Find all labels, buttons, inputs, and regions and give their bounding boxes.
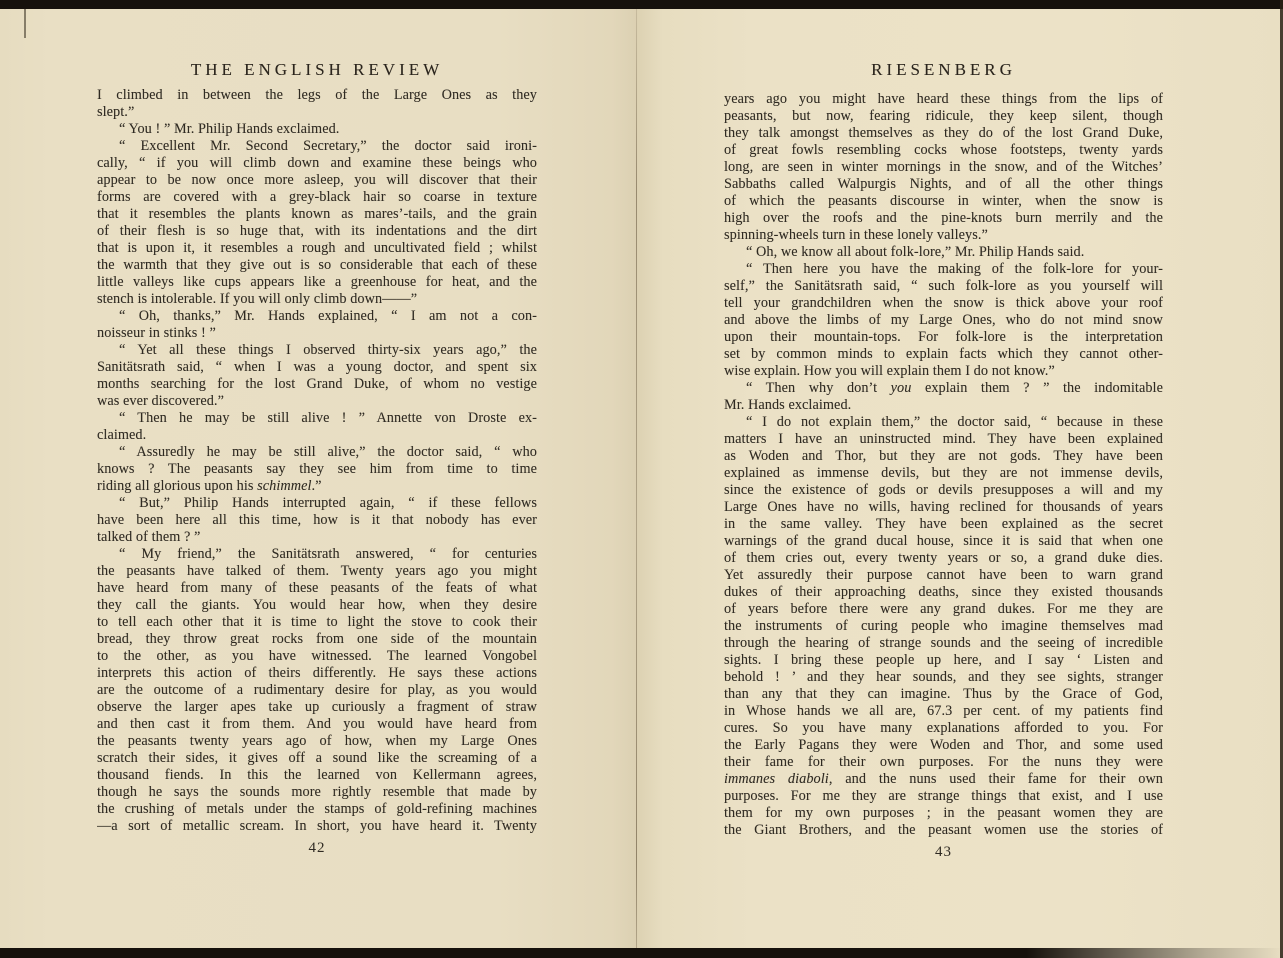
text-line: Large Ones have no wills, having recline… bbox=[724, 499, 1163, 516]
text-span: the Early Pagans they were Woden and Tho… bbox=[724, 737, 1163, 753]
text-span: the crushing of metals under the stamps … bbox=[97, 801, 537, 817]
text-line: of them cries out, every twenty years or… bbox=[724, 550, 1163, 567]
text-span: forms are covered with a grey-black hair… bbox=[97, 189, 537, 205]
text-span: of years before there were any grand duk… bbox=[724, 601, 1163, 617]
text-line: scratch their sides, it gives off a soun… bbox=[97, 750, 537, 767]
text-line: tell your grandchildren when the snow is… bbox=[724, 295, 1163, 312]
text-span: “ Oh, we know all about folk-lore,” Mr. … bbox=[746, 244, 1084, 260]
text-line: “ You ! ” Mr. Philip Hands exclaimed. bbox=[97, 121, 537, 138]
text-line: the instruments of curing people who ima… bbox=[724, 618, 1163, 635]
text-line: “ Oh, thanks,” Mr. Hands explained, “ I … bbox=[97, 308, 537, 325]
text-line: observe the larger apes take up curiousl… bbox=[97, 699, 537, 716]
text-span: was ever discovered.” bbox=[97, 393, 224, 409]
text-line: of years before there were any grand duk… bbox=[724, 601, 1163, 618]
text-span: dukes of their approaching deaths, since… bbox=[724, 584, 1163, 600]
italic-text: you bbox=[891, 380, 912, 396]
text-span: of which the peasants discourse in winte… bbox=[724, 193, 1163, 209]
text-line: claimed. bbox=[97, 427, 537, 444]
text-span: warnings of the grand ducal house, since… bbox=[724, 533, 1163, 549]
text-line: sights. I bring these people up here, an… bbox=[724, 652, 1163, 669]
text-span: noisseur in stinks ! ” bbox=[97, 325, 216, 341]
text-line: cally, “ if you will climb down and exam… bbox=[97, 155, 537, 172]
text-line: wise explain. How you will explain them … bbox=[724, 363, 1163, 380]
text-line: self,” the Sanitätsrath said, “ such fol… bbox=[724, 278, 1163, 295]
text-line: behold ! ’ and they hear sounds, and the… bbox=[724, 669, 1163, 686]
text-line: purposes. For me they are strange things… bbox=[724, 788, 1163, 805]
text-span: self,” the Sanitätsrath said, “ such fol… bbox=[724, 278, 1163, 294]
text-span: of them cries out, every twenty years or… bbox=[724, 550, 1163, 566]
text-span: —a sort of metallic scream. In short, yo… bbox=[97, 818, 537, 834]
text-span: “ My friend,” the Sanitätsrath answered,… bbox=[119, 546, 537, 562]
text-line: peasants, but now, fearing ridicule, the… bbox=[724, 108, 1163, 125]
text-line: of which the peasants discourse in winte… bbox=[724, 193, 1163, 210]
text-span: the Giant Brothers, and the peasant wome… bbox=[724, 822, 1163, 838]
text-line: interprets this action of theirs differe… bbox=[97, 665, 537, 682]
text-line: have heard from many of these peasants o… bbox=[97, 580, 537, 597]
text-span: .” bbox=[312, 478, 322, 494]
text-line: cures. So you have many explanations aff… bbox=[724, 720, 1163, 737]
text-span: “ Then here you have the making of the f… bbox=[746, 261, 1163, 277]
text-line: “ My friend,” the Sanitätsrath answered,… bbox=[97, 546, 537, 563]
text-span: wise explain. How you will explain them … bbox=[724, 363, 1055, 379]
text-span: matters I have an uninstructed mind. The… bbox=[724, 431, 1163, 447]
text-line: Sabbaths called Walpurgis Nights, and of… bbox=[724, 176, 1163, 193]
text-span: them for my own purposes ; in the peasan… bbox=[724, 805, 1163, 821]
italic-text: immanes diaboli bbox=[724, 771, 829, 787]
text-line: “ I do not explain them,” the doctor sai… bbox=[724, 414, 1163, 431]
text-span: little valleys like cups appears like a … bbox=[97, 274, 537, 290]
text-line: dukes of their approaching deaths, since… bbox=[724, 584, 1163, 601]
text-span: bread, they throw great rocks from one s… bbox=[97, 631, 537, 647]
page-edge-mark bbox=[24, 8, 26, 38]
text-line: “ Yet all these things I observed thirty… bbox=[97, 342, 537, 359]
book-top-edge bbox=[0, 0, 1283, 9]
text-span: “ But,” Philip Hands interrupted again, … bbox=[119, 495, 537, 511]
text-line: thousand fiends. In this the learned von… bbox=[97, 767, 537, 784]
text-line: “ Then why don’t you explain them ? ” th… bbox=[724, 380, 1163, 397]
text-span: in Whose hands we all are, 67.3 per cent… bbox=[724, 703, 1163, 719]
text-line: that it resembles the plants known as ma… bbox=[97, 206, 537, 223]
running-head-left: THE ENGLISH REVIEW bbox=[97, 61, 537, 79]
text-line: the peasants twenty years ago of how, wh… bbox=[97, 733, 537, 750]
text-span: observe the larger apes take up curiousl… bbox=[97, 699, 537, 715]
text-span: talked of them ? ” bbox=[97, 529, 200, 545]
text-line: their fame for their own purposes. For t… bbox=[724, 754, 1163, 771]
text-span: set by common minds to explain facts whi… bbox=[724, 346, 1163, 362]
text-span: the instruments of curing people who ima… bbox=[724, 618, 1163, 634]
text-line: the crushing of metals under the stamps … bbox=[97, 801, 537, 818]
text-span: of great fowls resembling cocks whose fo… bbox=[724, 142, 1163, 158]
text-span: long, are seen in winter mornings in the… bbox=[724, 159, 1163, 175]
text-line: I climbed in between the legs of the Lar… bbox=[97, 87, 537, 104]
left-page-text: I climbed in between the legs of the Lar… bbox=[97, 87, 537, 835]
text-span: “ Then he may be still alive ! ” Annette… bbox=[119, 410, 537, 426]
text-span: appear to be now once more asleep, you w… bbox=[97, 172, 537, 188]
text-line: knows ? The peasants say they see him fr… bbox=[97, 461, 537, 478]
text-span: thousand fiends. In this the learned von… bbox=[97, 767, 537, 783]
text-span: peasants, but now, fearing ridicule, the… bbox=[724, 108, 1163, 124]
text-line: to tell each other that it is time to li… bbox=[97, 614, 537, 631]
text-span: to tell each other that it is time to li… bbox=[97, 614, 537, 630]
text-span: “ Then why don’t bbox=[746, 380, 891, 396]
text-span: and then cast it from them. And you woul… bbox=[97, 716, 537, 732]
text-line: of great fowls resembling cocks whose fo… bbox=[724, 142, 1163, 159]
text-span: and above the limbs of my Large Ones, wh… bbox=[724, 312, 1163, 328]
running-head-right: RIESENBERG bbox=[724, 61, 1163, 79]
text-line: was ever discovered.” bbox=[97, 393, 537, 410]
text-line: immanes diaboli, and the nuns used their… bbox=[724, 771, 1163, 788]
text-span: explain them ? ” the indomitable bbox=[911, 380, 1163, 396]
text-span: knows ? The peasants say they see him fr… bbox=[97, 461, 537, 477]
text-line: have been here all this time, how is it … bbox=[97, 512, 537, 529]
text-span: behold ! ’ and they hear sounds, and the… bbox=[724, 669, 1163, 685]
text-span: of their flesh is so huge that, with its… bbox=[97, 223, 537, 239]
text-span: through the hearing of strange sounds an… bbox=[724, 635, 1163, 651]
text-span: they talk amongst themselves as they do … bbox=[724, 125, 1163, 141]
text-line: “ Excellent Mr. Second Secretary,” the d… bbox=[97, 138, 537, 155]
text-line: since the existence of gods or devils pr… bbox=[724, 482, 1163, 499]
text-span: since the existence of gods or devils pr… bbox=[724, 482, 1163, 498]
text-line: long, are seen in winter mornings in the… bbox=[724, 159, 1163, 176]
text-span: high over the roofs and the pine-knots b… bbox=[724, 210, 1163, 226]
text-span: interprets this action of theirs differe… bbox=[97, 665, 537, 681]
text-line: Yet assuredly their purpose cannot have … bbox=[724, 567, 1163, 584]
text-line: they call the giants. You would hear how… bbox=[97, 597, 537, 614]
text-line: the warmth that they give out is so cons… bbox=[97, 257, 537, 274]
text-line: bread, they throw great rocks from one s… bbox=[97, 631, 537, 648]
text-line: of their flesh is so huge that, with its… bbox=[97, 223, 537, 240]
text-span: upon their mountain-tops. For folk-lore … bbox=[724, 329, 1163, 345]
text-span: stench is intolerable. If you will only … bbox=[97, 291, 417, 307]
text-span: they call the giants. You would hear how… bbox=[97, 597, 537, 613]
text-span: I climbed in between the legs of the Lar… bbox=[97, 87, 537, 103]
text-line: that is upon it, it resembles a rough an… bbox=[97, 240, 537, 257]
text-span: spinning-wheels turn in these lonely val… bbox=[724, 227, 988, 243]
gutter-shadow bbox=[636, 0, 637, 958]
text-line: in Whose hands we all are, 67.3 per cent… bbox=[724, 703, 1163, 720]
book-scan: THE ENGLISH REVIEW I climbed in between … bbox=[0, 0, 1283, 958]
text-line: “ Oh, we know all about folk-lore,” Mr. … bbox=[724, 244, 1163, 261]
text-span: years ago you might have heard these thi… bbox=[724, 91, 1163, 107]
text-span: are the outcome of a rudimentary desire … bbox=[97, 682, 537, 698]
text-span: cally, “ if you will climb down and exam… bbox=[97, 155, 537, 171]
book-bottom-edge bbox=[0, 948, 1283, 958]
text-line: little valleys like cups appears like a … bbox=[97, 274, 537, 291]
text-line: “ But,” Philip Hands interrupted again, … bbox=[97, 495, 537, 512]
text-line: in the same valley. They have been expla… bbox=[724, 516, 1163, 533]
text-line: set by common minds to explain facts whi… bbox=[724, 346, 1163, 363]
text-line: slept.” bbox=[97, 104, 537, 121]
text-line: are the outcome of a rudimentary desire … bbox=[97, 682, 537, 699]
text-span: the peasants twenty years ago of how, wh… bbox=[97, 733, 537, 749]
text-line: —a sort of metallic scream. In short, yo… bbox=[97, 818, 537, 835]
text-span: sights. I bring these people up here, an… bbox=[724, 652, 1163, 668]
text-span: purposes. For me they are strange things… bbox=[724, 788, 1163, 804]
text-span: that it resembles the plants known as ma… bbox=[97, 206, 537, 222]
text-span: Sabbaths called Walpurgis Nights, and of… bbox=[724, 176, 1163, 192]
text-span: Large Ones have no wills, having recline… bbox=[724, 499, 1163, 515]
text-span: in the same valley. They have been expla… bbox=[724, 516, 1163, 532]
text-span: , and the nuns used their fame for their… bbox=[829, 771, 1163, 787]
text-line: explained as immense devils, but they ar… bbox=[724, 465, 1163, 482]
text-line: them for my own purposes ; in the peasan… bbox=[724, 805, 1163, 822]
page-number-right: 43 bbox=[724, 844, 1163, 861]
text-span: scratch their sides, it gives off a soun… bbox=[97, 750, 537, 766]
text-span: their fame for their own purposes. For t… bbox=[724, 754, 1163, 770]
text-line: and then cast it from them. And you woul… bbox=[97, 716, 537, 733]
text-line: the Giant Brothers, and the peasant wome… bbox=[724, 822, 1163, 839]
text-line: forms are covered with a grey-black hair… bbox=[97, 189, 537, 206]
text-span: that is upon it, it resembles a rough an… bbox=[97, 240, 537, 256]
text-span: “ You ! ” Mr. Philip Hands exclaimed. bbox=[119, 121, 339, 137]
text-line: they talk amongst themselves as they do … bbox=[724, 125, 1163, 142]
text-line: noisseur in stinks ! ” bbox=[97, 325, 537, 342]
text-span: months searching for the lost Grand Duke… bbox=[97, 376, 537, 392]
text-span: as Woden and Thor, but they are not gods… bbox=[724, 448, 1163, 464]
text-line: stench is intolerable. If you will only … bbox=[97, 291, 537, 308]
text-span: tell your grandchildren when the snow is… bbox=[724, 295, 1163, 311]
text-line: “ Then he may be still alive ! ” Annette… bbox=[97, 410, 537, 427]
text-line: warnings of the grand ducal house, since… bbox=[724, 533, 1163, 550]
text-span: Mr. Hands exclaimed. bbox=[724, 397, 851, 413]
text-line: appear to be now once more asleep, you w… bbox=[97, 172, 537, 189]
text-span: slept.” bbox=[97, 104, 134, 120]
text-span: the peasants have talked of them. Twenty… bbox=[97, 563, 537, 579]
right-page-text: years ago you might have heard these thi… bbox=[724, 91, 1163, 839]
text-span: though he says the sounds more rightly r… bbox=[97, 784, 537, 800]
text-span: to the other, as you have witnessed. The… bbox=[97, 648, 537, 664]
text-line: though he says the sounds more rightly r… bbox=[97, 784, 537, 801]
text-line: “ Assuredly he may be still alive,” the … bbox=[97, 444, 537, 461]
text-line: talked of them ? ” bbox=[97, 529, 537, 546]
text-line: as Woden and Thor, but they are not gods… bbox=[724, 448, 1163, 465]
text-span: claimed. bbox=[97, 427, 146, 443]
text-line: than any that they can imagine. Thus by … bbox=[724, 686, 1163, 703]
text-line: Sanitätsrath said, “ when I was a young … bbox=[97, 359, 537, 376]
text-span: have heard from many of these peasants o… bbox=[97, 580, 537, 596]
text-span: riding all glorious upon his bbox=[97, 478, 257, 494]
text-span: have been here all this time, how is it … bbox=[97, 512, 537, 528]
text-span: explained as immense devils, but they ar… bbox=[724, 465, 1163, 481]
text-line: years ago you might have heard these thi… bbox=[724, 91, 1163, 108]
text-line: the peasants have talked of them. Twenty… bbox=[97, 563, 537, 580]
text-line: to the other, as you have witnessed. The… bbox=[97, 648, 537, 665]
text-span: cures. So you have many explanations aff… bbox=[724, 720, 1163, 736]
text-line: high over the roofs and the pine-knots b… bbox=[724, 210, 1163, 227]
text-line: matters I have an uninstructed mind. The… bbox=[724, 431, 1163, 448]
text-line: spinning-wheels turn in these lonely val… bbox=[724, 227, 1163, 244]
text-span: “ Oh, thanks,” Mr. Hands explained, “ I … bbox=[119, 308, 537, 324]
text-line: “ Then here you have the making of the f… bbox=[724, 261, 1163, 278]
text-span: “ I do not explain them,” the doctor sai… bbox=[746, 414, 1163, 430]
text-line: months searching for the lost Grand Duke… bbox=[97, 376, 537, 393]
left-page: THE ENGLISH REVIEW I climbed in between … bbox=[97, 61, 537, 857]
text-span: “ Excellent Mr. Second Secretary,” the d… bbox=[119, 138, 537, 154]
text-line: upon their mountain-tops. For folk-lore … bbox=[724, 329, 1163, 346]
text-span: Sanitätsrath said, “ when I was a young … bbox=[97, 359, 537, 375]
text-span: than any that they can imagine. Thus by … bbox=[724, 686, 1163, 702]
text-line: Mr. Hands exclaimed. bbox=[724, 397, 1163, 414]
text-span: “ Yet all these things I observed thirty… bbox=[119, 342, 537, 358]
text-span: Yet assuredly their purpose cannot have … bbox=[724, 567, 1163, 583]
text-line: riding all glorious upon his schimmel.” bbox=[97, 478, 537, 495]
text-line: the Early Pagans they were Woden and Tho… bbox=[724, 737, 1163, 754]
right-page: RIESENBERG years ago you might have hear… bbox=[724, 61, 1163, 861]
page-number-left: 42 bbox=[97, 840, 537, 857]
italic-text: schimmel bbox=[257, 478, 311, 494]
text-span: “ Assuredly he may be still alive,” the … bbox=[119, 444, 537, 460]
text-span: the warmth that they give out is so cons… bbox=[97, 257, 537, 273]
text-line: and above the limbs of my Large Ones, wh… bbox=[724, 312, 1163, 329]
text-line: through the hearing of strange sounds an… bbox=[724, 635, 1163, 652]
